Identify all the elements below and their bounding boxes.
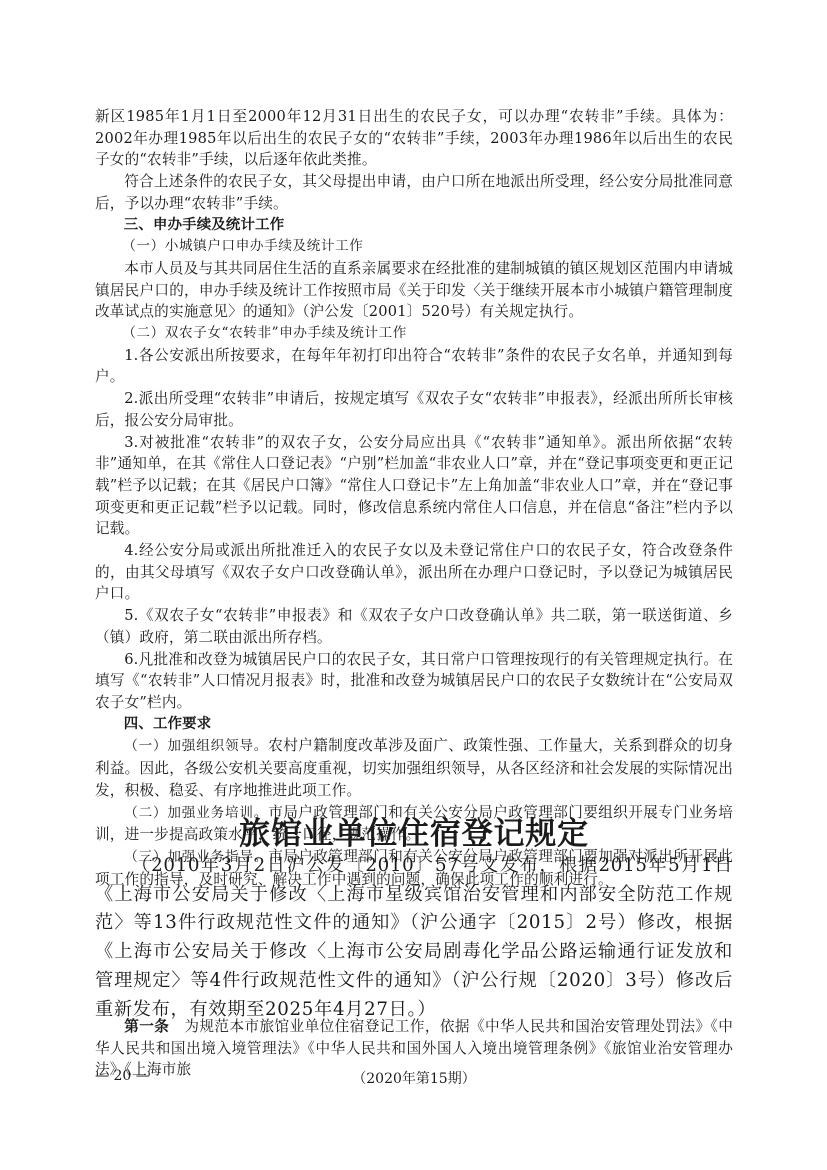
regulation-preamble: （2010年3月2日沪公发〔2010〕57号文发布，根据2015年5月1日《上海… (95, 852, 733, 1024)
paragraph: 1.各公安派出所按要求，在每年年初打印出符合“农转非”条件的农民子女名单，并通知… (95, 345, 733, 388)
issue-label: （2020年第15期） (95, 1068, 733, 1088)
section-heading: 四、工作要求 (95, 714, 733, 736)
paragraph-lead: （一）加强组织领导。 (124, 738, 268, 754)
paragraph: 3.对被批准“农转非”的双农子女，公安分局应出具《“农转非”通知单》。派出所依据… (95, 432, 733, 541)
paragraph: 新区1985年1月1日至2000年12月31日出生的农民子女，可以办理“农转非”… (95, 106, 733, 171)
preamble-text: （2010年3月2日沪公发〔2010〕57号文发布，根据2015年5月1日《上海… (95, 852, 733, 1024)
section-heading: 三、申办手续及统计工作 (95, 215, 733, 237)
paragraph: 6.凡批准和改登为城镇居民户口的农民子女，其日常户口管理按现行的有关管理规定执行… (95, 649, 733, 714)
paragraph: （一）加强组织领导。农村户籍制度改革涉及面广、政策性强、工作量大，关系到群众的切… (95, 735, 733, 801)
paragraph: 5.《双农子女“农转非”申报表》和《双农子女户口改登确认单》共二联，第一联送街道… (95, 605, 733, 648)
paragraph: 2.派出所受理“农转非”申请后，按规定填写《双农子女“农转非”申报表》，经派出所… (95, 388, 733, 431)
paragraph: 符合上述条件的农民子女，其父母提出申请，由户口所在地派出所受理，经公安分局批准同… (95, 171, 733, 214)
article-label: 第一条 (124, 1018, 169, 1035)
subsection-heading: （二）双农子女“农转非”申办手续及统计工作 (95, 323, 733, 345)
paragraph: 本市人员及与其共同居住生活的直系亲属要求在经批准的建制城镇的镇区规划区范围内申请… (95, 258, 733, 323)
paragraph: 4.经公安分局或派出所批准迁入的农民子女以及未登记常住户口的农民子女，符合改登条… (95, 540, 733, 605)
subsection-heading: （一）小城镇户口申办手续及统计工作 (95, 236, 733, 258)
document-body: 新区1985年1月1日至2000年12月31日出生的农民子女，可以办理“农转非”… (95, 106, 733, 890)
regulation-title: 旅馆业单位住宿登记规定 (95, 814, 733, 854)
page-footer: — 20 — （2020年第15期） (95, 1068, 733, 1088)
